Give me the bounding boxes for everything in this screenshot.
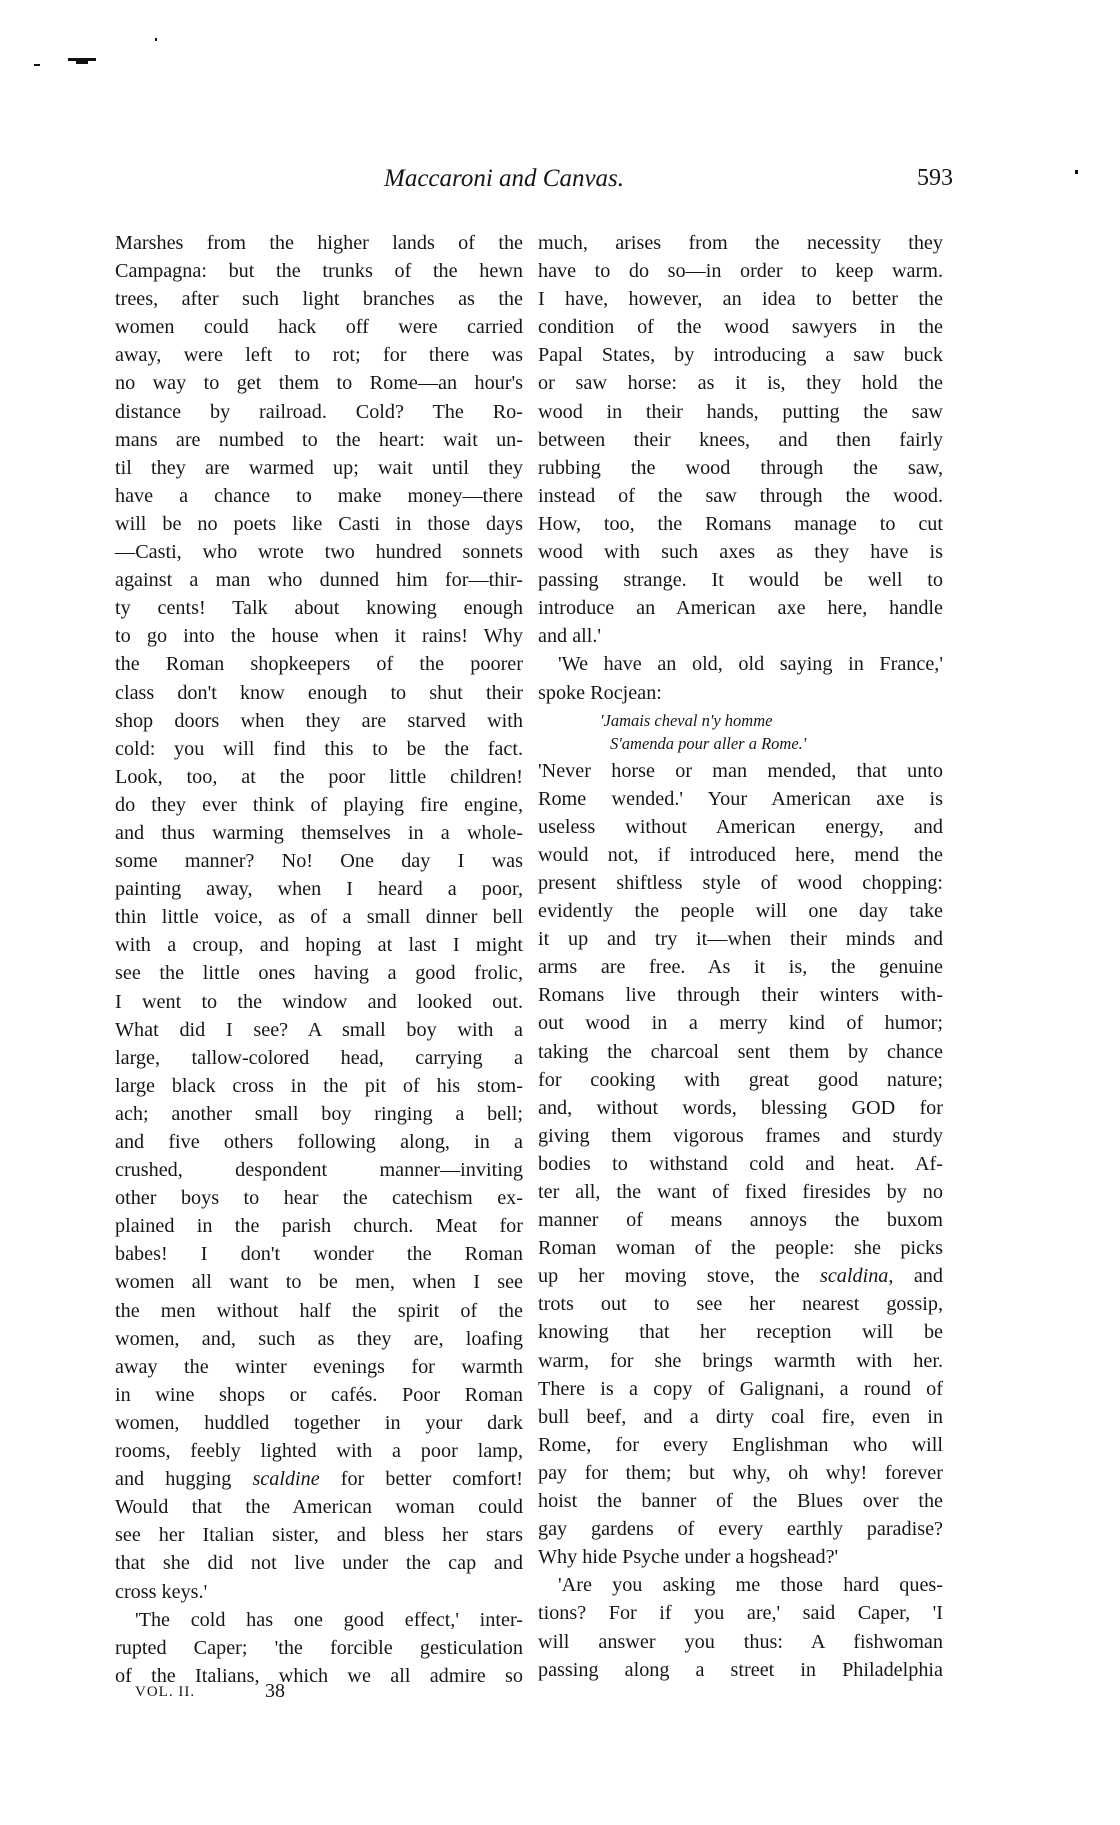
text-line-with-italic: and hugging scaldine for better comfort! bbox=[115, 1465, 523, 1493]
text-line: distance by railroad. Cold? The Ro- bbox=[115, 398, 523, 426]
page-number: 593 bbox=[917, 165, 953, 192]
text-line: warm, for she brings warmth with her. bbox=[538, 1347, 943, 1375]
paragraph-start: 'We have an old, old saying in France,' bbox=[538, 650, 943, 678]
text-line: til they are warmed up; wait until they bbox=[115, 454, 523, 482]
verse-line: 'Jamais cheval n'y homme bbox=[538, 709, 943, 732]
text-line: instead of the saw through the wood. bbox=[538, 482, 943, 510]
text-line-with-italic: up her moving stove, the scaldina, and bbox=[538, 1262, 943, 1290]
text-line: shop doors when they are starved with bbox=[115, 707, 523, 735]
text-line: —Casti, who wrote two hundred sonnets bbox=[115, 538, 523, 566]
scan-mark-small bbox=[34, 64, 40, 66]
text-line: Papal States, by introducing a saw buck bbox=[538, 341, 943, 369]
text-line: trots out to see her nearest gossip, bbox=[538, 1290, 943, 1318]
text-line: Look, too, at the poor little children! bbox=[115, 763, 523, 791]
text-line: pay for them; but why, oh why! forever bbox=[538, 1459, 943, 1487]
text-line: painting away, when I heard a poor, bbox=[115, 875, 523, 903]
text-line: see the little ones having a good frolic… bbox=[115, 959, 523, 987]
text-line: large black cross in the pit of his stom… bbox=[115, 1072, 523, 1100]
text-line: rupted Caper; 'the forcible gesticulatio… bbox=[115, 1634, 523, 1662]
text-line: women, huddled together in your dark bbox=[115, 1409, 523, 1437]
text-line: passing strange. It would be well to bbox=[538, 566, 943, 594]
text-fragment: and hugging bbox=[115, 1468, 231, 1490]
text-line: and thus warming themselves in a whole- bbox=[115, 819, 523, 847]
text-line: away, were left to rot; for there was bbox=[115, 341, 523, 369]
text-line: will answer you thus: A fishwoman bbox=[538, 1628, 943, 1656]
text-line: crushed, despondent manner—inviting bbox=[115, 1156, 523, 1184]
paragraph-start: 'Are you asking me those hard ques- bbox=[538, 1571, 943, 1599]
text-line: away the winter evenings for warmth bbox=[115, 1353, 523, 1381]
text-line: bull beef, and a dirty coal fire, even i… bbox=[538, 1403, 943, 1431]
text-line: large, tallow-colored head, carrying a bbox=[115, 1044, 523, 1072]
text-line: I have, however, an idea to better the bbox=[538, 285, 943, 313]
text-line: class don't know enough to shut their bbox=[115, 679, 523, 707]
text-line: Would that the American woman could bbox=[115, 1493, 523, 1521]
text-line: hoist the banner of the Blues over the bbox=[538, 1487, 943, 1515]
text-line: Why hide Psyche under a hogshead?' bbox=[538, 1543, 943, 1571]
text-line: out wood in a merry kind of humor; bbox=[538, 1009, 943, 1037]
text-line: I went to the window and looked out. bbox=[115, 988, 523, 1016]
scan-dot bbox=[155, 38, 157, 41]
text-line: present shiftless style of wood chopping… bbox=[538, 869, 943, 897]
text-line: Marshes from the higher lands of the bbox=[115, 229, 523, 257]
text-line: passing along a street in Philadelphia bbox=[538, 1656, 943, 1684]
text-line: the men without half the spirit of the bbox=[115, 1297, 523, 1325]
text-line: giving them vigorous frames and sturdy bbox=[538, 1122, 943, 1150]
text-line: women could hack off were carried bbox=[115, 313, 523, 341]
text-line: How, too, the Romans manage to cut bbox=[538, 510, 943, 538]
text-line: some manner? No! One day I was bbox=[115, 847, 523, 875]
text-line: taking the charcoal sent them by chance bbox=[538, 1038, 943, 1066]
text-line: will be no poets like Casti in those day… bbox=[115, 510, 523, 538]
verse-quote: 'Jamais cheval n'y homme S'amenda pour a… bbox=[538, 707, 943, 757]
running-title: Maccaroni and Canvas. bbox=[384, 165, 624, 193]
text-line: to go into the house when it rains! Why bbox=[115, 622, 523, 650]
text-line: thin little voice, as of a small dinner … bbox=[115, 903, 523, 931]
text-line: Romans live through their winters with- bbox=[538, 981, 943, 1009]
text-line: much, arises from the necessity they bbox=[538, 229, 943, 257]
text-line: Campagna: but the trunks of the hewn bbox=[115, 257, 523, 285]
paragraph-start: 'The cold has one good effect,' inter- bbox=[115, 1606, 523, 1634]
text-line: rubbing the wood through the saw, bbox=[538, 454, 943, 482]
text-line: 'Never horse or man mended, that unto bbox=[538, 757, 943, 785]
right-column: much, arises from the necessity they hav… bbox=[538, 229, 943, 1684]
text-line: have a chance to make money—there bbox=[115, 482, 523, 510]
text-fragment: for better comfort! bbox=[320, 1468, 523, 1490]
text-line: mans are numbed to the heart: wait un- bbox=[115, 426, 523, 454]
text-fragment: up her moving stove, the bbox=[538, 1265, 800, 1287]
text-line: manner of means annoys the buxom bbox=[538, 1206, 943, 1234]
text-line: gay gardens of every earthly paradise? bbox=[538, 1515, 943, 1543]
scan-mark-wedge-tip bbox=[76, 61, 88, 64]
text-line: plained in the parish church. Meat for bbox=[115, 1212, 523, 1240]
text-line: and all.' bbox=[538, 622, 943, 650]
text-line: bodies to withstand cold and heat. Af- bbox=[538, 1150, 943, 1178]
text-line: with a croup, and hoping at last I might bbox=[115, 931, 523, 959]
text-line: see her Italian sister, and bless her st… bbox=[115, 1521, 523, 1549]
verse-line: S'amenda pour aller a Rome.' bbox=[538, 732, 943, 755]
text-line: arms are free. As it is, the genuine bbox=[538, 953, 943, 981]
text-line: trees, after such light branches as the bbox=[115, 285, 523, 313]
italic-term-scaldine: scaldine bbox=[252, 1468, 319, 1490]
text-line: knowing that her reception will be bbox=[538, 1318, 943, 1346]
text-line: spoke Rocjean: bbox=[538, 679, 943, 707]
text-line: and, without words, blessing GOD for bbox=[538, 1094, 943, 1122]
text-line: What did I see? A small boy with a bbox=[115, 1016, 523, 1044]
text-line: against a man who dunned him for—thir- bbox=[115, 566, 523, 594]
text-line: introduce an American axe here, handle bbox=[538, 594, 943, 622]
text-line: wood in their hands, putting the saw bbox=[538, 398, 943, 426]
left-column: Marshes from the higher lands of the Cam… bbox=[115, 229, 523, 1690]
text-line: have to do so—in order to keep warm. bbox=[538, 257, 943, 285]
text-line: do they ever think of playing fire engin… bbox=[115, 791, 523, 819]
text-line: and five others following along, in a bbox=[115, 1128, 523, 1156]
text-line: condition of the wood sawyers in the bbox=[538, 313, 943, 341]
text-line: There is a copy of Galignani, a round of bbox=[538, 1375, 943, 1403]
text-line: would not, if introduced here, mend the bbox=[538, 841, 943, 869]
signature-mark: 38 bbox=[265, 1680, 285, 1703]
text-line: between their knees, and then fairly bbox=[538, 426, 943, 454]
text-line: cold: you will find this to be the fact. bbox=[115, 735, 523, 763]
text-line: tions? For if you are,' said Caper, 'I bbox=[538, 1599, 943, 1627]
text-line: ty cents! Talk about knowing enough bbox=[115, 594, 523, 622]
text-line: the Roman shopkeepers of the poorer bbox=[115, 650, 523, 678]
scan-dot-right bbox=[1075, 170, 1078, 174]
text-line: it up and try it—when their minds and bbox=[538, 925, 943, 953]
volume-label: VOL. II. bbox=[135, 1684, 195, 1701]
text-line: Rome wended.' Your American axe is bbox=[538, 785, 943, 813]
text-line: that she did not live under the cap and bbox=[115, 1549, 523, 1577]
text-line: no way to get them to Rome—an hour's bbox=[115, 369, 523, 397]
text-line: wood with such axes as they have is bbox=[538, 538, 943, 566]
text-line: women all want to be men, when I see bbox=[115, 1268, 523, 1296]
text-line: rooms, feebly lighted with a poor lamp, bbox=[115, 1437, 523, 1465]
text-fragment: , and bbox=[888, 1265, 943, 1287]
text-line: for cooking with great good nature; bbox=[538, 1066, 943, 1094]
text-line: Rome, for every Englishman who will bbox=[538, 1431, 943, 1459]
text-line: in wine shops or cafés. Poor Roman bbox=[115, 1381, 523, 1409]
text-line: ter all, the want of fixed firesides by … bbox=[538, 1178, 943, 1206]
text-line: Roman woman of the people: she picks bbox=[538, 1234, 943, 1262]
text-line: women, and, such as they are, loafing bbox=[115, 1325, 523, 1353]
italic-term-scaldina: scaldina bbox=[820, 1265, 888, 1287]
text-line: babes! I don't wonder the Roman bbox=[115, 1240, 523, 1268]
text-line: or saw horse: as it is, they hold the bbox=[538, 369, 943, 397]
text-line: evidently the people will one day take bbox=[538, 897, 943, 925]
text-line: ach; another small boy ringing a bell; bbox=[115, 1100, 523, 1128]
text-line: other boys to hear the catechism ex- bbox=[115, 1184, 523, 1212]
text-line: cross keys.' bbox=[115, 1578, 523, 1606]
text-line: useless without American energy, and bbox=[538, 813, 943, 841]
